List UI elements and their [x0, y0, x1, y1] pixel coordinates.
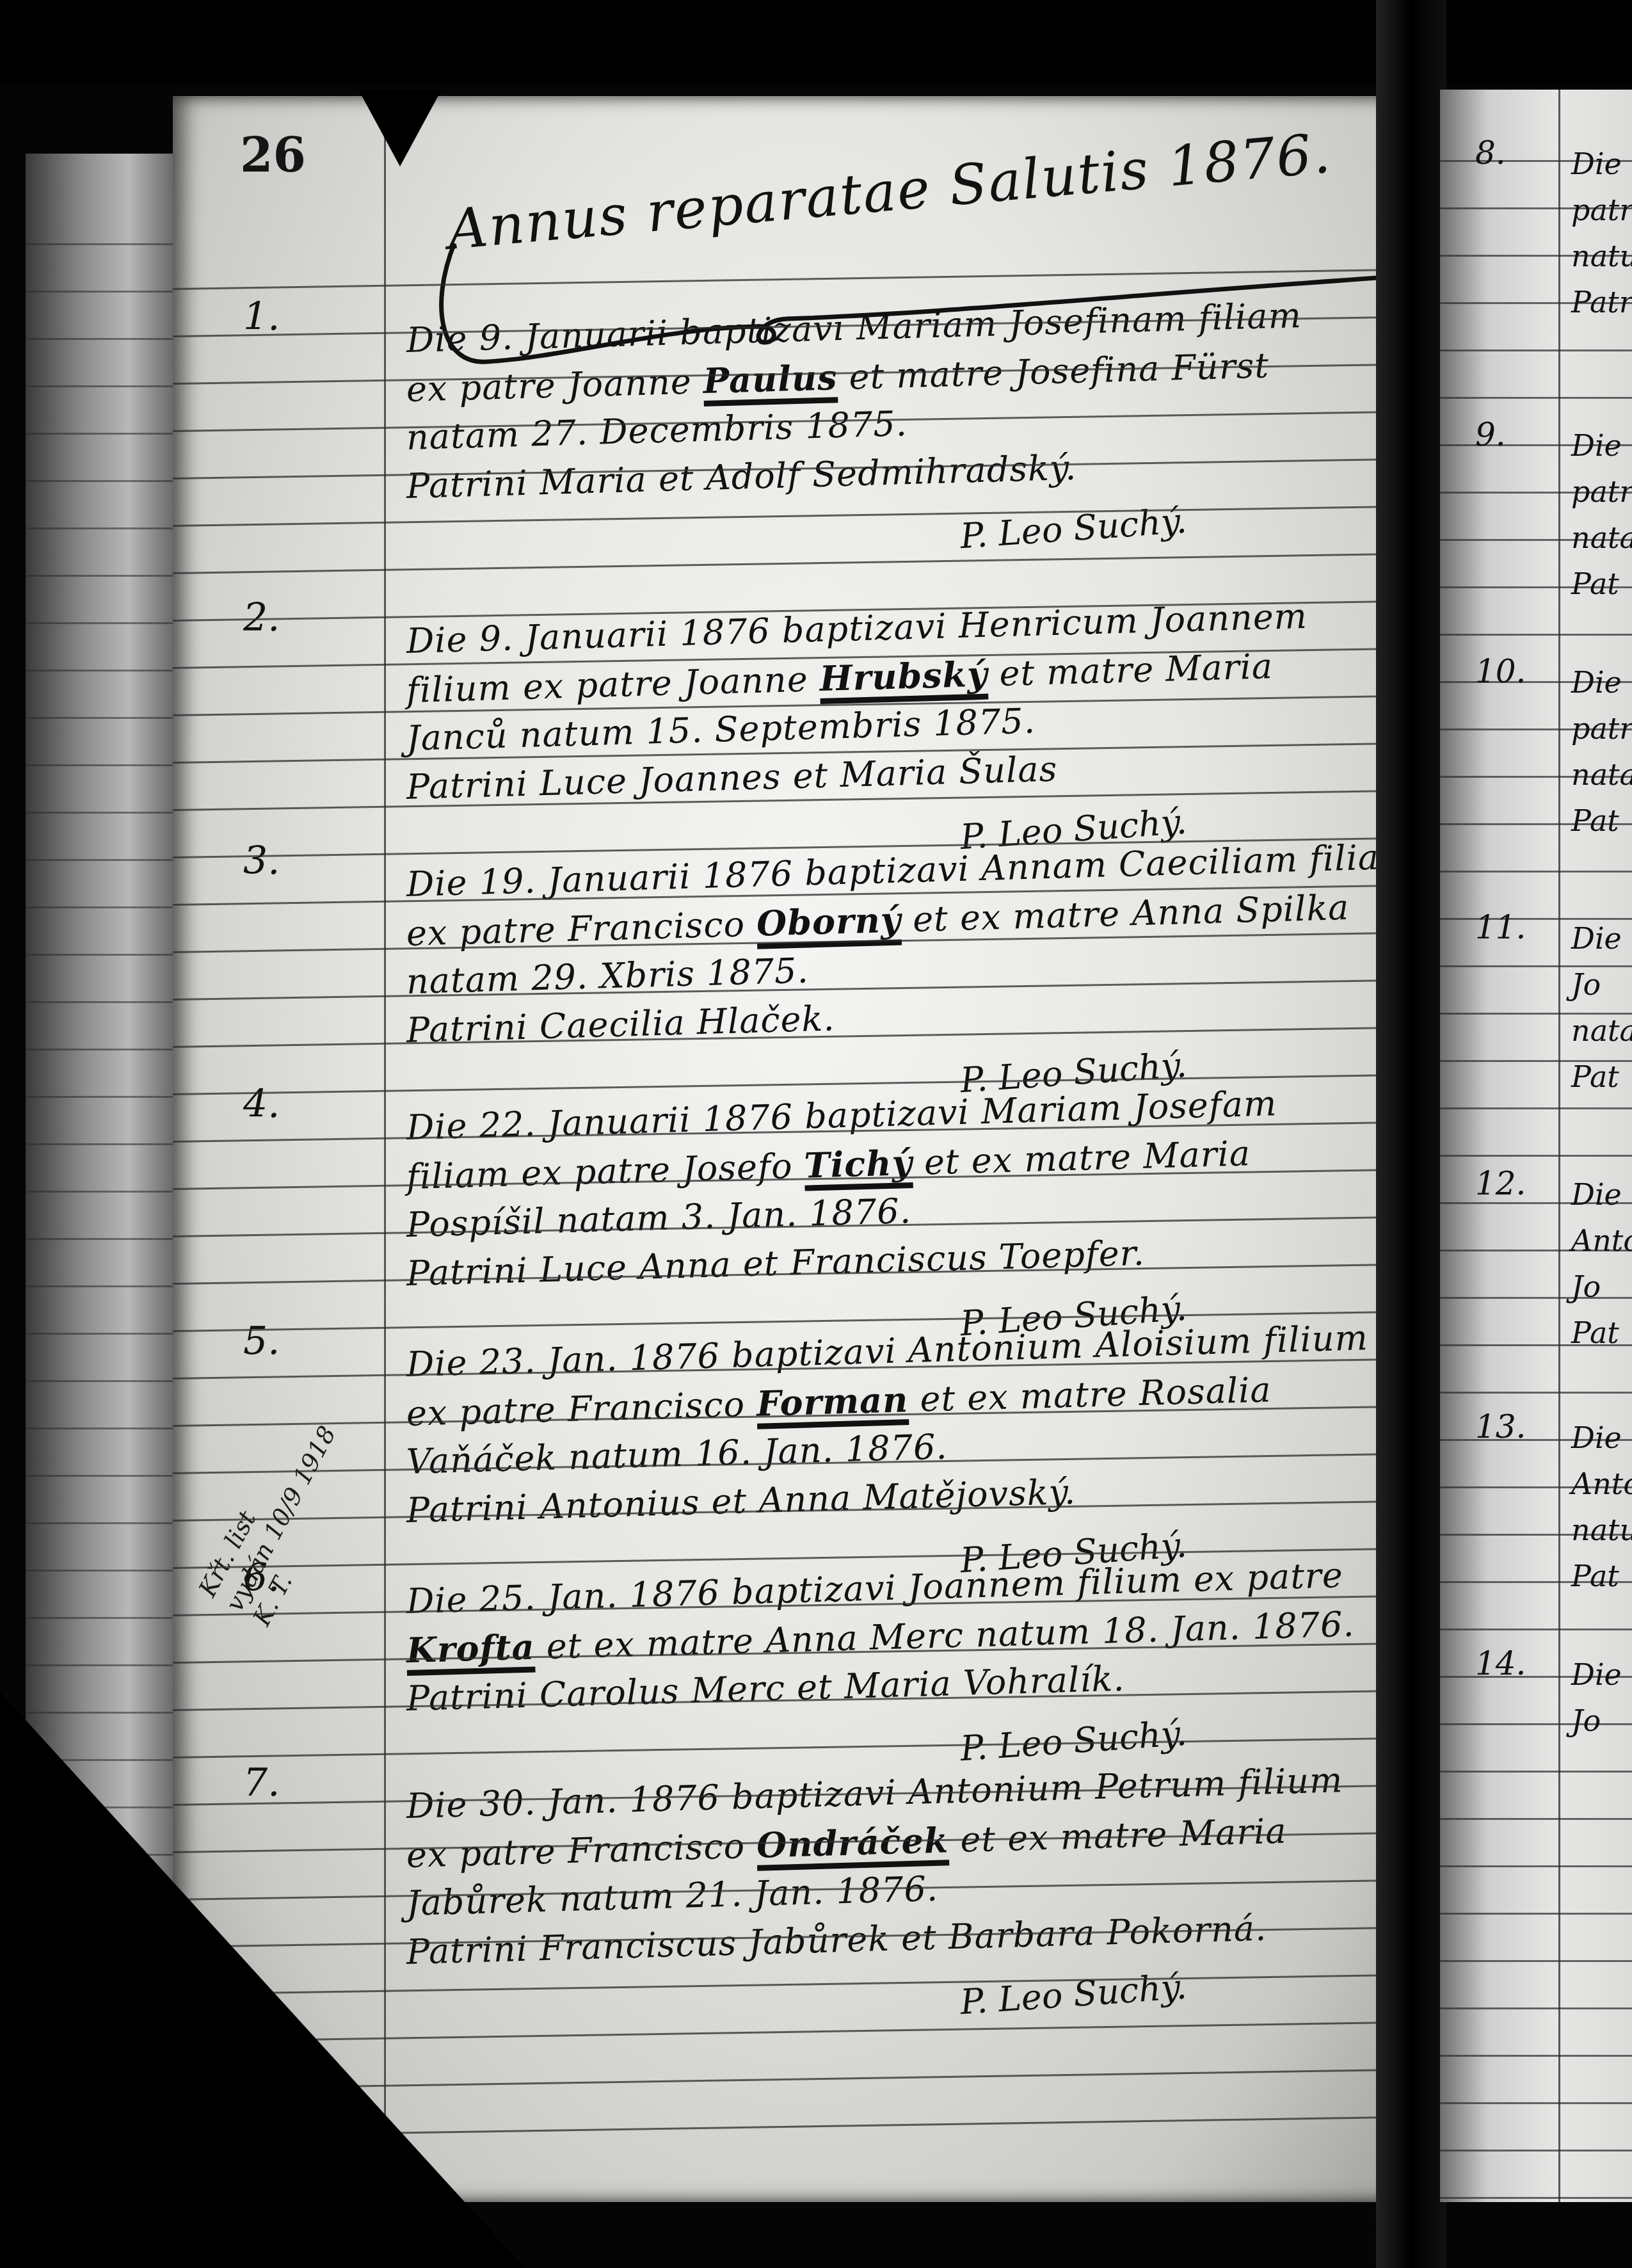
facing-entry-number: 12. — [1475, 1165, 1526, 1202]
ruled-line — [26, 1617, 173, 1619]
ruled-line — [26, 338, 173, 340]
underlined-surname: Oborný — [756, 899, 902, 944]
ruled-line — [1440, 1107, 1632, 1109]
entry-number: 3. — [243, 839, 280, 883]
ruled-line — [26, 1001, 173, 1003]
ruled-line — [26, 1143, 173, 1145]
ruled-line — [1440, 1155, 1632, 1157]
ruled-line — [26, 1380, 173, 1382]
ruled-line — [173, 1737, 1427, 1758]
facing-entry-number: 9. — [1475, 416, 1506, 453]
entry-text-line: natam 27. Decembris 1875. — [406, 403, 908, 458]
ruled-line — [26, 1285, 173, 1287]
ruled-line — [173, 2021, 1427, 2043]
ruled-line — [1440, 350, 1632, 351]
ruled-line — [1440, 2055, 1632, 2057]
facing-entry-fragment: DiepatrenatumPatr — [1571, 141, 1632, 325]
ruled-line — [1440, 1818, 1632, 1820]
facing-entry-number: 11. — [1475, 909, 1526, 946]
underlined-surname: Krofta — [406, 1626, 535, 1671]
ruled-line — [26, 859, 173, 861]
facing-entry-number: 13. — [1475, 1408, 1526, 1445]
ruled-line — [26, 1049, 173, 1050]
ruled-line — [26, 1191, 173, 1193]
ruled-line — [1440, 397, 1632, 399]
ruled-line — [1440, 2150, 1632, 2151]
ruled-line — [1440, 2007, 1632, 2009]
entry-number: 1. — [243, 294, 280, 339]
ruled-line — [26, 1664, 173, 1666]
ruled-line — [26, 1428, 173, 1429]
ruled-line — [1440, 1629, 1632, 1630]
ruled-line — [26, 764, 173, 766]
ruled-line — [26, 480, 173, 482]
ruled-line — [26, 1522, 173, 1524]
ruled-line — [26, 812, 173, 814]
ruled-line — [26, 1475, 173, 1477]
facing-margin-rule — [1558, 90, 1560, 2202]
entry-text-line: Patrini Maria et Adolf Sedmihradský. — [406, 447, 1077, 506]
ruled-line — [26, 433, 173, 435]
underlined-surname: Hrubský — [819, 654, 988, 699]
facing-entry-fragment: DieAntonJoPat — [1571, 1171, 1632, 1356]
ruled-line — [26, 670, 173, 672]
ruled-line — [26, 954, 173, 956]
ruled-line — [1440, 871, 1632, 873]
facing-entry-number: 10. — [1475, 653, 1526, 690]
ruled-line — [26, 291, 173, 293]
facing-entry-fragment: DieJonatamPat — [1571, 915, 1632, 1100]
ruled-line — [26, 385, 173, 387]
ruled-line — [1440, 1865, 1632, 1867]
entry-text-line: Patrini Antonius et Anna Matějovský. — [406, 1472, 1076, 1531]
book-binding — [1376, 0, 1446, 2268]
ruled-line — [173, 552, 1427, 574]
ruled-line — [173, 505, 1427, 527]
ruled-line — [26, 1712, 173, 1714]
facing-entry-fragment: DieAntonnatumPat — [1571, 1415, 1632, 1599]
ruled-line — [26, 243, 173, 245]
register-page: 26 Annus reparatae Salutis 1876. 1.Die 9… — [173, 96, 1427, 2202]
underlined-surname: Paulus — [703, 357, 838, 401]
facing-entry-fragment: DiepatrenatamPat — [1571, 659, 1632, 844]
ruled-line — [1440, 1771, 1632, 1773]
margin-rule — [384, 128, 386, 2202]
facing-entry-number: 8. — [1475, 134, 1506, 172]
entry-text-line: Jabůrek natum 21. Jan. 1876. — [406, 1869, 939, 1924]
ruled-line — [26, 527, 173, 529]
entry-text-line: Pospíšil natam 3. Jan. 1876. — [406, 1191, 912, 1245]
ruled-line — [26, 622, 173, 624]
priest-signature: P. Leo Suchý. — [959, 501, 1188, 557]
facing-page: 8.DiepatrenatumPatr9.DiepatrenatamPat10.… — [1440, 90, 1632, 2202]
microfilm-scan: 26 Annus reparatae Salutis 1876. 1.Die 9… — [0, 0, 1632, 2268]
entry-text-line: Vaňáček natum 16. Jan. 1876. — [406, 1426, 948, 1482]
ruled-line — [26, 717, 173, 719]
ruled-line — [26, 1238, 173, 1240]
ruled-line — [1440, 634, 1632, 636]
facing-entry-fragment: DiepatrenatamPat — [1571, 422, 1632, 607]
ruled-line — [1440, 2197, 1632, 2199]
ruled-line — [26, 1096, 173, 1098]
priest-signature: P. Leo Suchý. — [959, 1966, 1188, 2023]
ruled-line — [26, 1570, 173, 1572]
ruled-line — [1440, 1960, 1632, 1962]
ruled-line — [26, 575, 173, 577]
ruled-line — [1440, 2102, 1632, 2104]
ruled-line — [1440, 1913, 1632, 1915]
facing-entry-fragment: DieJo — [1571, 1652, 1622, 1744]
entry-number: 7. — [243, 1760, 280, 1805]
ruled-line — [26, 1333, 173, 1335]
page-number: 26 — [240, 128, 306, 183]
ruled-line — [173, 1974, 1427, 1995]
entry-number: 4. — [243, 1082, 280, 1127]
facing-entry-number: 14. — [1475, 1645, 1526, 1682]
entry-number: 5. — [243, 1319, 280, 1363]
ruled-line — [26, 906, 173, 908]
ruled-line — [1440, 1392, 1632, 1394]
ruled-line — [173, 2068, 1427, 2090]
